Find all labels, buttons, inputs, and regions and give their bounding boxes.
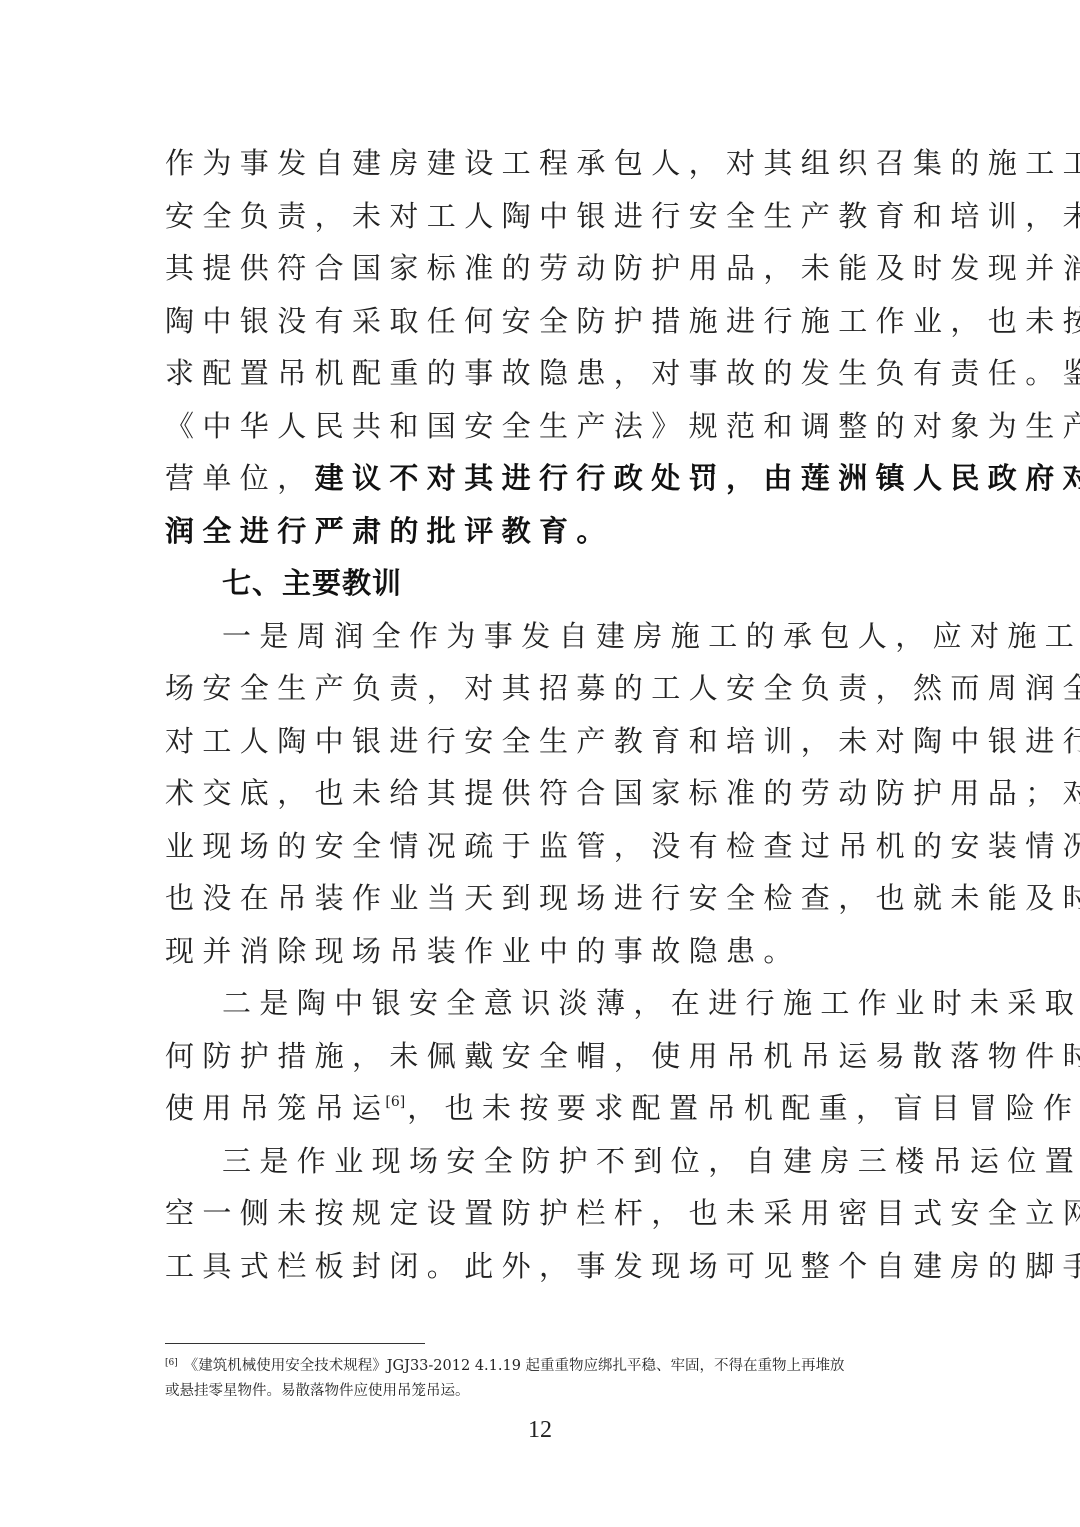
text-line: 空一侧未按规定设置防护栏杆，也未采用密目式安全立网或 (165, 1187, 917, 1240)
text-line: 对工人陶中银进行安全生产教育和培训，未对陶中银进行技 (165, 715, 917, 768)
section-heading: 七、主要教训 (165, 557, 917, 610)
text-line: 安全负责，未对工人陶中银进行安全生产教育和培训，未给 (165, 190, 917, 243)
text-line: 三是作业现场安全防护不到位，自建房三楼吊运位置临 (165, 1135, 917, 1188)
text-line: 何防护措施，未佩戴安全帽，使用吊机吊运易散落物件时未 (165, 1030, 917, 1083)
footnote-line: [6]《建筑机械使用安全技术规程》JGJ33-2012 4.1.19 起重重物应… (165, 1351, 920, 1379)
footnote: [6]《建筑机械使用安全技术规程》JGJ33-2012 4.1.19 起重重物应… (165, 1351, 920, 1404)
page-number: 12 (0, 1417, 1080, 1444)
body-text: 作为事发自建房建设工程承包人，对其组织召集的施工工人 安全负责，未对工人陶中银进… (165, 137, 917, 1292)
text-line-with-footnote: 使用吊笼吊运[6]，也未按要求配置吊机配重，盲目冒险作业。 (165, 1082, 917, 1135)
text-line: 工具式栏板封闭。此外，事发现场可见整个自建房的脚手架 (165, 1240, 917, 1293)
text-normal: 营单位， (165, 461, 315, 495)
text-bold-recommendation: 润全进行严肃的批评教育。 (165, 505, 917, 558)
text-line: 术交底，也未给其提供符合国家标准的劳动防护用品；对作 (165, 767, 917, 820)
text-line: 二是陶中银安全意识淡薄，在进行施工作业时未采取任 (165, 977, 917, 1030)
footnote-text: 《建筑机械使用安全技术规程》JGJ33-2012 4.1.19 起重重物应绑扎平… (184, 1358, 845, 1374)
text-line: 其提供符合国家标准的劳动防护用品，未能及时发现并消除 (165, 242, 917, 295)
text-line: 场安全生产负责，对其招募的工人安全负责，然而周润全未 (165, 662, 917, 715)
text-line: 业现场的安全情况疏于监管，没有检查过吊机的安装情况， (165, 820, 917, 873)
text-segment: ，也未按要求配置吊机配重，盲目冒险作业。 (407, 1091, 1080, 1125)
text-line-mixed: 营单位，建议不对其进行行政处罚，由莲洲镇人民政府对周 (165, 452, 917, 505)
text-line: 一是周润全作为事发自建房施工的承包人，应对施工现 (165, 610, 917, 663)
text-bold-recommendation: 建议不对其进行行政处罚，由莲洲镇人民政府对周 (315, 461, 1080, 495)
text-line: 现并消除现场吊装作业中的事故隐患。 (165, 925, 917, 978)
text-line: 也没在吊装作业当天到现场进行安全检查，也就未能及时发 (165, 872, 917, 925)
document-page: 作为事发自建房建设工程承包人，对其组织召集的施工工人 安全负责，未对工人陶中银进… (0, 0, 1080, 1527)
footnote-divider (165, 1343, 425, 1344)
text-line: 《中华人民共和国安全生产法》规范和调整的对象为生产经 (165, 400, 917, 453)
footnote-reference[interactable]: [6] (385, 1094, 405, 1110)
text-line: 求配置吊机配重的事故隐患，对事故的发生负有责任。鉴于 (165, 347, 917, 400)
text-segment: 使用吊笼吊运 (165, 1091, 389, 1125)
footnote-marker: [6] (165, 1358, 178, 1368)
text-line: 陶中银没有采取任何安全防护措施进行施工作业，也未按要 (165, 295, 917, 348)
text-line: 作为事发自建房建设工程承包人，对其组织召集的施工工人 (165, 137, 917, 190)
footnote-line: 或悬挂零星物件。易散落物件应使用吊笼吊运。 (165, 1379, 920, 1404)
